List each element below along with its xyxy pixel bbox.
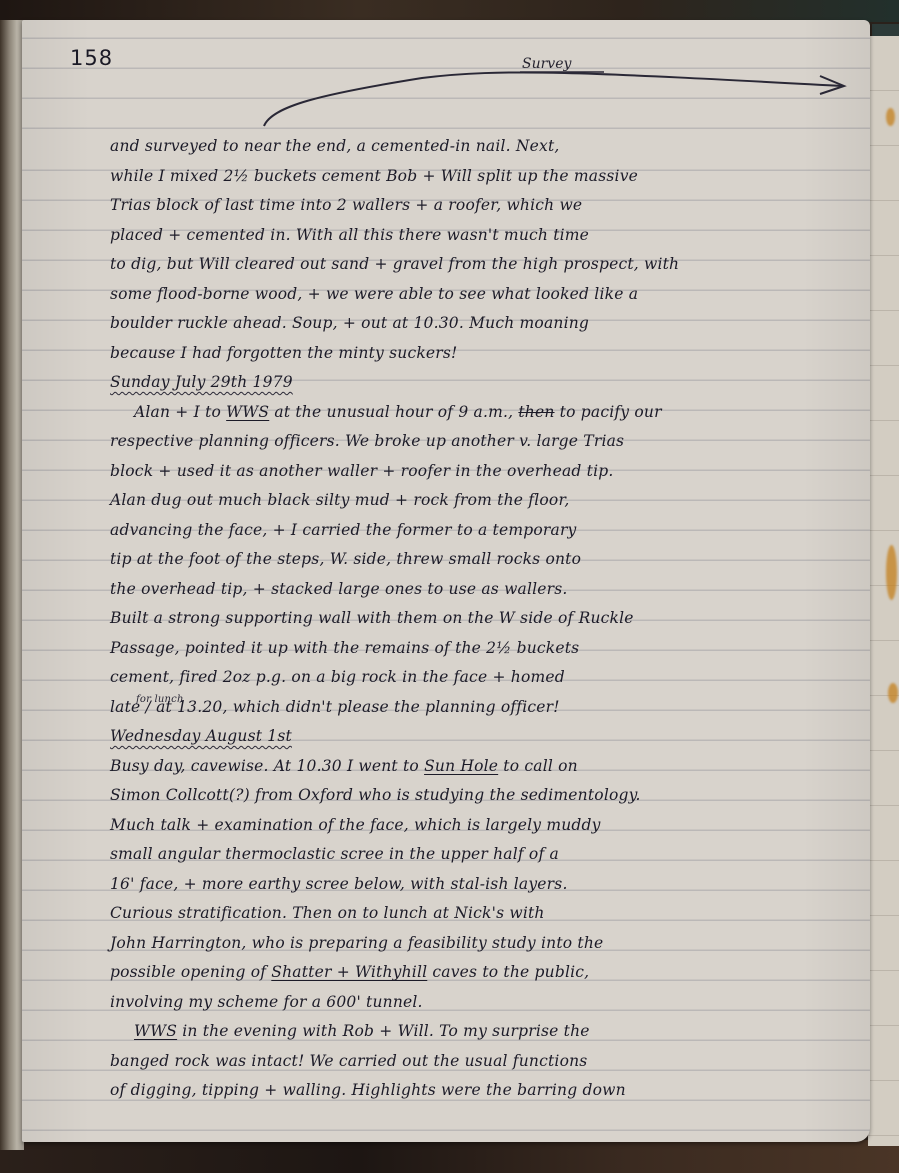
line-text: Built a strong supporting wall with them… bbox=[110, 609, 634, 627]
text-line: boulder ruckle ahead. Soup, + out at 10.… bbox=[110, 309, 860, 339]
line-text: possible opening of bbox=[110, 963, 271, 981]
line-text: Alan dug out much black silty mud + rock… bbox=[110, 491, 570, 509]
line-text: involving my scheme for a 600' tunnel. bbox=[110, 993, 423, 1011]
line-text: Simon Collcott(?) from Oxford who is stu… bbox=[110, 786, 641, 804]
line-text: some flood-borne wood, + we were able to… bbox=[110, 285, 638, 303]
line-text: Passage, pointed it up with the remains … bbox=[110, 639, 579, 657]
text-line: Trias block of last time into 2 wallers … bbox=[110, 191, 860, 221]
text-line: because I had forgotten the minty sucker… bbox=[110, 339, 860, 369]
heading-text: Sunday July 29th 1979 bbox=[110, 373, 293, 391]
ink-stain bbox=[888, 683, 898, 703]
entry-date-heading: Wednesday August 1st bbox=[110, 722, 860, 752]
text-line: Busy day, cavewise. At 10.30 I went to S… bbox=[110, 752, 860, 782]
line-text: to call on bbox=[498, 757, 578, 775]
text-line: Built a strong supporting wall with them… bbox=[110, 604, 860, 634]
text-line: possible opening of Shatter + Withyhill … bbox=[110, 958, 860, 988]
text-line: 16' face, + more earthy scree below, wit… bbox=[110, 870, 860, 900]
line-text: to dig, but Will cleared out sand + grav… bbox=[110, 255, 679, 273]
line-text: to pacify our bbox=[555, 403, 662, 421]
line-text: banged rock was intact! We carried out t… bbox=[110, 1052, 587, 1070]
text-line: involving my scheme for a 600' tunnel. bbox=[110, 988, 860, 1018]
line-text: of digging, tipping + walling. Highlight… bbox=[110, 1081, 626, 1099]
line-text: the overhead tip, + stacked large ones t… bbox=[110, 580, 568, 598]
notebook-page: 158 Survey and surveyed to near the end,… bbox=[22, 20, 870, 1142]
line-text: John Harrington, who is preparing a feas… bbox=[110, 934, 603, 952]
text-line: placed + cemented in. With all this ther… bbox=[110, 221, 860, 251]
struck-out-word: then bbox=[518, 403, 554, 421]
line-text: in the evening with Rob + Will. To my su… bbox=[177, 1022, 590, 1040]
line-text: Curious stratification. Then on to lunch… bbox=[110, 904, 545, 922]
text-line: advancing the face, + I carried the form… bbox=[110, 516, 860, 546]
line-text: while I mixed 2½ buckets cement Bob + Wi… bbox=[110, 167, 638, 185]
underlined-place-name: WWS bbox=[226, 403, 269, 421]
text-line: and surveyed to near the end, a cemented… bbox=[110, 132, 860, 162]
underlined-place-name: Shatter + Withyhill bbox=[271, 963, 427, 981]
line-text: boulder ruckle ahead. Soup, + out at 10.… bbox=[110, 314, 589, 332]
text-line: Curious stratification. Then on to lunch… bbox=[110, 899, 860, 929]
text-line: Alan dug out much black silty mud + rock… bbox=[110, 486, 860, 516]
line-text: block + used it as another waller + roof… bbox=[110, 462, 614, 480]
text-line: cement, fired 2oz p.g. on a big rock in … bbox=[110, 663, 860, 693]
background-desk-bottom bbox=[0, 1140, 899, 1173]
line-text: caves to the public, bbox=[427, 963, 589, 981]
text-line: small angular thermoclastic scree in the… bbox=[110, 840, 860, 870]
underlined-place-name: WWS bbox=[134, 1022, 177, 1040]
text-line: Simon Collcott(?) from Oxford who is stu… bbox=[110, 781, 860, 811]
line-text: and surveyed to near the end, a cemented… bbox=[110, 137, 560, 155]
line-text: Trias block of last time into 2 wallers … bbox=[110, 196, 582, 214]
line-text: because I had forgotten the minty sucker… bbox=[110, 344, 458, 362]
text-line: Passage, pointed it up with the remains … bbox=[110, 634, 860, 664]
line-text: advancing the face, + I carried the form… bbox=[110, 521, 577, 539]
text-line: Alan + I to WWS at the unusual hour of 9… bbox=[110, 398, 860, 428]
underlined-place-name: Sun Hole bbox=[424, 757, 498, 775]
text-line: some flood-borne wood, + we were able to… bbox=[110, 280, 860, 310]
line-text: 16' face, + more earthy scree below, wit… bbox=[110, 875, 568, 893]
text-line: of digging, tipping + walling. Highlight… bbox=[110, 1076, 860, 1106]
ink-stain bbox=[886, 108, 895, 126]
arrow-right-icon bbox=[22, 20, 870, 150]
text-line: block + used it as another waller + roof… bbox=[110, 457, 860, 487]
notebook-spine bbox=[0, 20, 24, 1150]
line-text: placed + cemented in. With all this ther… bbox=[110, 226, 589, 244]
line-text: tip at the foot of the steps, W. side, t… bbox=[110, 550, 581, 568]
text-line: WWS in the evening with Rob + Will. To m… bbox=[110, 1017, 860, 1047]
line-text: small angular thermoclastic scree in the… bbox=[110, 845, 559, 863]
entry-date-heading: Sunday July 29th 1979 bbox=[110, 368, 860, 398]
line-text: at the unusual hour of 9 a.m., bbox=[269, 403, 518, 421]
ink-stain bbox=[886, 545, 897, 600]
text-line: to dig, but Will cleared out sand + grav… bbox=[110, 250, 860, 280]
text-line: respective planning officers. We broke u… bbox=[110, 427, 860, 457]
text-line: Much talk + examination of the face, whi… bbox=[110, 811, 860, 841]
inserted-note: for lunch bbox=[136, 685, 184, 715]
line-text: respective planning officers. We broke u… bbox=[110, 432, 624, 450]
text-line: the overhead tip, + stacked large ones t… bbox=[110, 575, 860, 605]
text-line: banged rock was intact! We carried out t… bbox=[110, 1047, 860, 1077]
line-text: Busy day, cavewise. At 10.30 I went to bbox=[110, 757, 424, 775]
background-desk-top bbox=[0, 0, 899, 22]
text-line: late / at 13.20, which didn't please the… bbox=[110, 693, 860, 723]
line-text: Much talk + examination of the face, whi… bbox=[110, 816, 601, 834]
text-line: John Harrington, who is preparing a feas… bbox=[110, 929, 860, 959]
text-line: tip at the foot of the steps, W. side, t… bbox=[110, 545, 860, 575]
handwritten-text-body: and surveyed to near the end, a cemented… bbox=[110, 132, 860, 1106]
line-text: Alan + I to bbox=[134, 403, 226, 421]
line-text: cement, fired 2oz p.g. on a big rock in … bbox=[110, 668, 565, 686]
heading-text: Wednesday August 1st bbox=[110, 727, 292, 745]
text-line: while I mixed 2½ buckets cement Bob + Wi… bbox=[110, 162, 860, 192]
survey-annotation-label: Survey bbox=[522, 56, 571, 72]
